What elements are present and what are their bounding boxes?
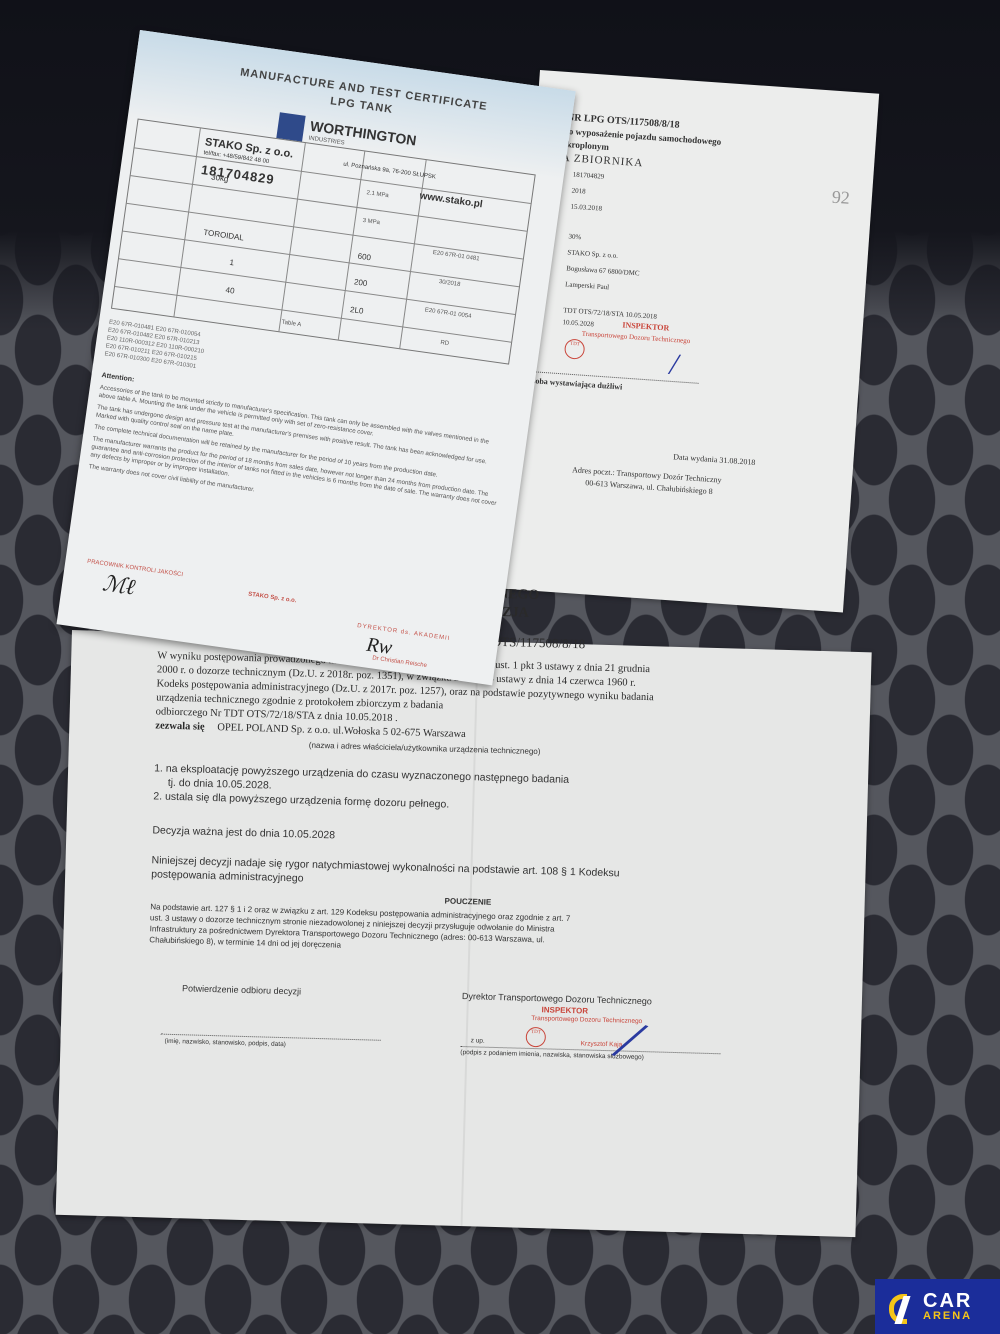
table-cell: E20 67R-01 0054: [424, 307, 471, 319]
tdt-seal: TDT: [526, 1027, 547, 1048]
watermark-line-1: CAR: [923, 1291, 972, 1311]
director-stamp: DYREKTOR ds. AKADEMII: [349, 621, 459, 644]
receipt-caption: (imię, nazwisko, stanowisko, podpis, dat…: [164, 1038, 286, 1048]
director-prefix: z up.: [471, 1037, 485, 1044]
car-arena-logo-icon: [889, 1290, 915, 1324]
tdt-seal: TDT: [564, 338, 585, 359]
inspector-stamp-sub: Transportowego Dozoru Technicznego: [581, 330, 690, 346]
table-cell: 40: [225, 285, 235, 295]
table-cell: RD: [440, 340, 449, 347]
receipt-label: Potwierdzenie odbioru decyzji: [182, 983, 301, 996]
decision-number: OTS/117508/8/18: [492, 634, 586, 653]
qc-signature: ℳℓ: [101, 570, 137, 600]
table-cell: 3 MPa: [362, 218, 380, 226]
table-label: Table A: [281, 320, 301, 329]
table-cell: 2L0: [350, 305, 364, 316]
protocol-date: 10.05.2028: [562, 318, 594, 328]
director-signature: /: [609, 1005, 650, 1075]
manufacturer-line: STAKO Sp. z o.o.: [567, 248, 618, 260]
decision-item: tj. do dnia 10.05.2028.: [168, 777, 272, 792]
table-cell: 30/2018: [438, 279, 460, 288]
tank-year: 2018: [571, 187, 586, 196]
permit-holder: OPEL POLAND Sp. z o.o. ul.Wołoska 5 02-6…: [217, 722, 466, 740]
issue-date: Data wydania 31.08.2018: [673, 452, 756, 467]
inspector-stamp: INSPEKTOR: [622, 320, 669, 332]
manufacturer-line: 30%: [568, 232, 581, 241]
rigor-line: postępowania administracyjnego: [151, 868, 304, 884]
director-stamp: INSPEKTOR: [541, 1005, 588, 1015]
signature-label: osoba wystawiająca dużliwi: [528, 376, 623, 392]
manufacturer-line: Bogusława 67 6800/DMC: [566, 264, 640, 277]
manufacturer-line: Lamperski Paul: [565, 280, 610, 291]
instruction-heading: POUCZENIE: [444, 897, 491, 907]
owner-caption: (nazwa i adres właściciela/użytkownika u…: [309, 741, 541, 756]
tank-serial: 181704829: [573, 171, 605, 181]
worthington-logo-icon: [276, 112, 305, 141]
decision-sheet: ICZNEGO ECYZJA OTS/117508/8/18 W wyniku …: [56, 630, 872, 1237]
decision-item: 2. ustala się dla powyższego urządzenia …: [153, 790, 449, 810]
table-cell: TOROIDAL: [203, 228, 245, 243]
stako-stamp: STAKO Sp. z o.o.: [222, 587, 322, 609]
page-number: 92: [831, 187, 850, 209]
director-label: Dyrektor Transportowego Dozoru Techniczn…: [462, 991, 652, 1006]
table-cell: 200: [353, 277, 367, 288]
certificate-body: Accessories of the tank to be mounted st…: [88, 384, 507, 532]
tank-date: 15.03.2018: [570, 202, 602, 212]
permit-prefix: zezwala się: [155, 720, 205, 732]
watermark-line-2: ARENA: [923, 1311, 972, 1322]
inspector-signature: /: [669, 348, 680, 382]
validity-text: Decyzja ważna jest do dnia 10.05.2028: [152, 824, 335, 841]
attention-label: Attention:: [101, 372, 135, 384]
car-arena-watermark: CAR ARENA: [875, 1279, 1000, 1334]
table-cell: 2.1 MPa: [366, 190, 389, 199]
table-cell: 1: [229, 258, 235, 268]
table-cell: 600: [357, 252, 371, 263]
lpg-tank-certificate: MANUFACTURE AND TEST CERTIFICATE LPG TAN…: [56, 30, 575, 685]
